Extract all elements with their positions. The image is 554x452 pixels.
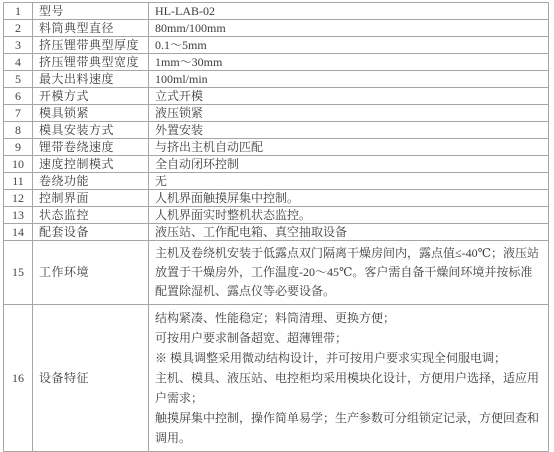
- table-row: 3 挤压锂带典型厚度 0.1～5mm: [4, 37, 549, 54]
- row-number: 2: [4, 20, 33, 37]
- spec-name: 挤压锂带典型厚度: [33, 37, 149, 54]
- spec-value: 1mm～30mm: [149, 54, 549, 71]
- row-number: 5: [4, 71, 33, 88]
- table-row: 15 工作环境 主机及卷绕机安装于低露点双门隔离干燥房间内，露点值≤-40℃；液…: [4, 241, 549, 305]
- table-row: 16 设备特征 结构紧凑、性能稳定；料筒清理、更换方便； 可按用户要求制备超宽、…: [4, 305, 549, 452]
- spec-name: 工作环境: [33, 241, 149, 305]
- spec-name: 模具锁紧: [33, 105, 149, 122]
- table-row: 10 速度控制模式 全自动闭环控制: [4, 156, 549, 173]
- spec-value: 主机及卷绕机安装于低露点双门隔离干燥房间内，露点值≤-40℃；液压站放置于干燥房…: [149, 241, 549, 305]
- row-number: 10: [4, 156, 33, 173]
- spec-value: 人机界面实时整机状态监控。: [149, 207, 549, 224]
- row-number: 14: [4, 224, 33, 241]
- spec-name: 设备特征: [33, 305, 149, 452]
- table-row: 8 模具安装方式 外置安装: [4, 122, 549, 139]
- row-number: 7: [4, 105, 33, 122]
- spec-name: 挤压锂带典型宽度: [33, 54, 149, 71]
- row-number: 1: [4, 3, 33, 20]
- spec-value: HL-LAB-02: [149, 3, 549, 20]
- spec-value: 液压站、工作配电箱、真空抽取设备: [149, 224, 549, 241]
- row-number: 13: [4, 207, 33, 224]
- spec-name: 速度控制模式: [33, 156, 149, 173]
- spec-name: 控制界面: [33, 190, 149, 207]
- spec-value: 液压锁紧: [149, 105, 549, 122]
- spec-value: 80mm/100mm: [149, 20, 549, 37]
- table-row: 13 状态监控 人机界面实时整机状态监控。: [4, 207, 549, 224]
- spec-value: 外置安装: [149, 122, 549, 139]
- table-row: 9 锂带卷绕速度 与挤出主机自动匹配: [4, 139, 549, 156]
- row-number: 11: [4, 173, 33, 190]
- row-number: 9: [4, 139, 33, 156]
- row-number: 8: [4, 122, 33, 139]
- spec-value: 人机界面触摸屏集中控制。: [149, 190, 549, 207]
- spec-value: 与挤出主机自动匹配: [149, 139, 549, 156]
- spec-value: 无: [149, 173, 549, 190]
- spec-name: 配套设备: [33, 224, 149, 241]
- row-number: 15: [4, 241, 33, 305]
- spec-name: 料筒典型直径: [33, 20, 149, 37]
- spec-table: 1 型号 HL-LAB-02 2 料筒典型直径 80mm/100mm 3 挤压锂…: [3, 2, 549, 452]
- row-number: 6: [4, 88, 33, 105]
- spec-name: 开模方式: [33, 88, 149, 105]
- row-number: 3: [4, 37, 33, 54]
- table-row: 2 料筒典型直径 80mm/100mm: [4, 20, 549, 37]
- spec-name: 状态监控: [33, 207, 149, 224]
- spec-value: 结构紧凑、性能稳定；料筒清理、更换方便； 可按用户要求制备超宽、超薄锂带； ※ …: [149, 305, 549, 452]
- spec-name: 卷绕功能: [33, 173, 149, 190]
- spec-name: 型号: [33, 3, 149, 20]
- table-row: 11 卷绕功能 无: [4, 173, 549, 190]
- table-row: 6 开模方式 立式开模: [4, 88, 549, 105]
- row-number: 16: [4, 305, 33, 452]
- spec-sheet: 1 型号 HL-LAB-02 2 料筒典型直径 80mm/100mm 3 挤压锂…: [0, 0, 554, 440]
- spec-name: 锂带卷绕速度: [33, 139, 149, 156]
- row-number: 12: [4, 190, 33, 207]
- spec-name: 模具安装方式: [33, 122, 149, 139]
- spec-value: 立式开模: [149, 88, 549, 105]
- table-row: 14 配套设备 液压站、工作配电箱、真空抽取设备: [4, 224, 549, 241]
- row-number: 4: [4, 54, 33, 71]
- table-row: 5 最大出料速度 100ml/min: [4, 71, 549, 88]
- spec-value: 0.1～5mm: [149, 37, 549, 54]
- table-row: 1 型号 HL-LAB-02: [4, 3, 549, 20]
- spec-value: 全自动闭环控制: [149, 156, 549, 173]
- table-row: 4 挤压锂带典型宽度 1mm～30mm: [4, 54, 549, 71]
- table-row: 12 控制界面 人机界面触摸屏集中控制。: [4, 190, 549, 207]
- spec-name: 最大出料速度: [33, 71, 149, 88]
- table-row: 7 模具锁紧 液压锁紧: [4, 105, 549, 122]
- spec-value: 100ml/min: [149, 71, 549, 88]
